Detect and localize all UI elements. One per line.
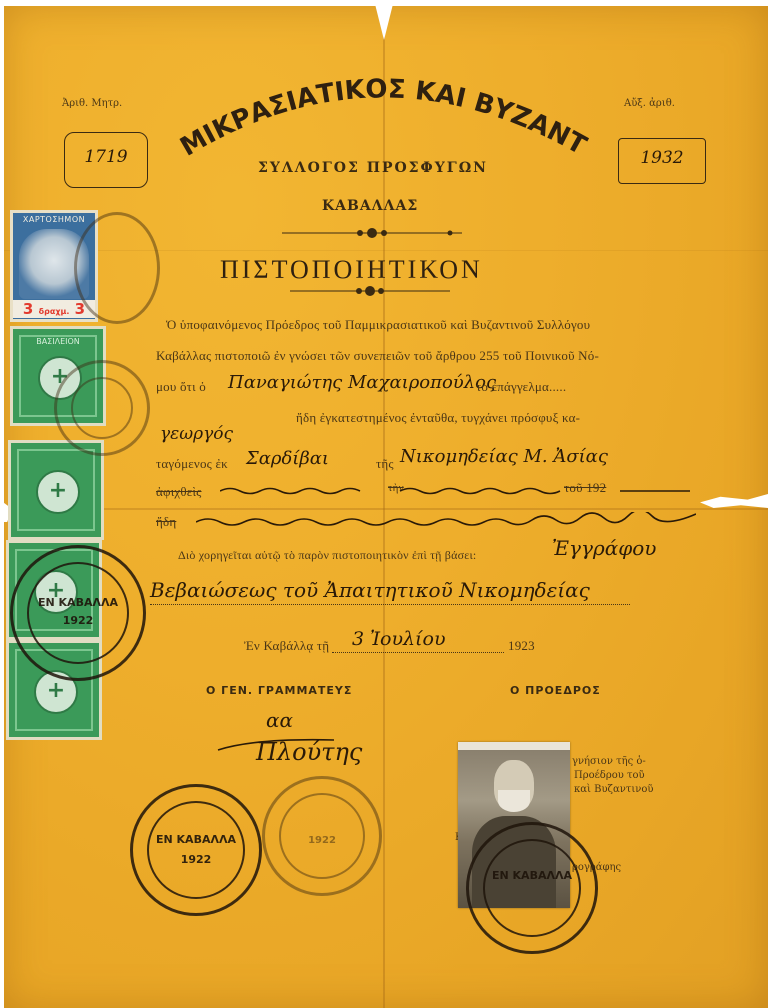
body-line-5-mid: τῆς: [376, 456, 394, 472]
handwritten-name: Παναγιώτης Μαχαιροπούλος: [228, 372, 496, 393]
association-seal: ΕΝ ΚΑΒΑΛΛΑ 1922: [130, 784, 262, 916]
ornament-divider-icon: [290, 284, 450, 298]
stamp-header: ΒΑΣΙΛΕΙΟΝ: [13, 337, 103, 346]
struck-word-arrived: ἀφιχθεὶς: [156, 484, 202, 500]
registry-number-cartouche: 1719: [64, 132, 148, 188]
registry-number: 1719: [65, 147, 147, 167]
body-line-1: Ὁ ὑποφαινόμενος Πρόεδρος τοῦ Παμμικρασια…: [166, 317, 590, 333]
city-name: ΚΑΒΑΛΛΑΣ: [322, 198, 418, 214]
photo-note-line-1: γνήσιον τῆς ὁ-: [572, 756, 646, 767]
faint-seal: [54, 360, 150, 456]
seal-year: 1922: [13, 614, 143, 627]
body-line-5-prefix: ταγόμενος ἐκ: [156, 456, 228, 472]
registry-number-label: Ἀριθ. Μητρ.: [62, 98, 122, 109]
handwritten-occupation: γεωργός: [160, 424, 233, 444]
association-subtitle: ΣΥΛΛΟΓΟΣ ΠΡΟΣΦΥΓΩΝ: [258, 160, 488, 176]
handwritten-origin-town: Σαρδίβαι: [246, 448, 329, 469]
secretary-title: Ο ΓΕΝ. ΓΡΑΜΜΑΤΕΥΣ: [206, 684, 352, 697]
serial-number-cartouche: 1932: [618, 138, 706, 184]
body-line-3-prefix: μου ὅτι ὁ: [156, 379, 206, 395]
ornament-divider-icon: [282, 226, 462, 240]
photo-note-line-3: καὶ Βυζαντινοῦ: [574, 784, 653, 795]
body-line-3-suffix: τὸ ἐπάγγελμα.....: [476, 379, 566, 395]
handwritten-date: 3 Ἰουλίου: [352, 628, 446, 650]
certificate-title: ΠΙΣΤΟΠΟΙΗΤΙΚΟΝ: [220, 255, 483, 285]
arched-title-text: ΠΑΜΜΙΚΡΑΣΙΑΤΙΚΟΣ ΚΑΙ ΒΥΖΑΝΤΙΝΟΣ: [150, 60, 591, 163]
fill-line: [150, 604, 630, 605]
date-prefix: Ἐν Καβάλλᾳ τῇ: [244, 638, 329, 654]
stamp-header: ΧΑΡΤΟΣΗΜΟΝ: [13, 215, 95, 224]
svg-text:ΠΑΜΜΙΚΡΑΣΙΑΤΙΚΟΣ ΚΑΙ ΒΥΖΑΝΤΙΝΟ: ΠΑΜΜΙΚΡΑΣΙΑΤΙΚΟΣ ΚΑΙ ΒΥΖΑΝΤΙΝΟΣ: [150, 60, 591, 163]
faint-seal: [74, 212, 160, 324]
date-year: 1923: [508, 638, 535, 654]
horizontal-fold: [4, 508, 768, 510]
seal-location: ΕΝ ΚΑΒΑΛΛΑ: [469, 869, 595, 882]
secretary-signature-initials: αα: [266, 708, 293, 732]
association-seal: ΕΝ ΚΑΒΑΛΛΑ: [466, 822, 598, 954]
handwritten-document-basis: Ἐγγράφου: [552, 536, 656, 560]
faint-seal: 1922: [262, 776, 382, 896]
signature-flourish: [216, 736, 336, 756]
serial-number: 1932: [619, 148, 705, 168]
photo-note-line-2: Προέδρου τοῦ: [574, 770, 645, 781]
association-seal: ΕΝ ΚΑΒΑΛΛΑ 1922: [10, 545, 146, 681]
body-line-4: ἤδη ἐγκατεστημένος ἐνταῦθα, τυγχάνει πρό…: [296, 410, 580, 426]
president-title: Ο ΠΡΟΕΔΡΟΣ: [510, 684, 601, 697]
seal-location: ΕΝ ΚΑΒΑΛΛΑ: [13, 596, 143, 609]
seal-year: 1922: [265, 835, 379, 846]
seal-location: ΕΝ ΚΑΒΑΛΛΑ: [133, 833, 259, 846]
top-tear: [374, 0, 394, 40]
handwritten-origin-region: Νικομηδείας Μ. Ἀσίας: [400, 446, 608, 467]
body-line-8: Διὸ χορηγεῖται αὐτῷ τὸ παρὸν πιστοποιητι…: [178, 548, 476, 563]
strike-through-wave: [220, 484, 690, 498]
struck-word-already: ἤδη: [156, 514, 176, 530]
seal-year: 1922: [133, 853, 259, 866]
handwritten-document-basis-cont: Βεβαιώσεως τοῦ Ἀπαιτητικοῦ Νικομηδείας: [150, 578, 590, 602]
cross-emblem-icon: [36, 470, 80, 514]
arched-association-title: ΠΑΜΜΙΚΡΑΣΙΑΤΙΚΟΣ ΚΑΙ ΒΥΖΑΝΤΙΝΟΣ: [150, 60, 620, 200]
revenue-stamp-green: [8, 440, 104, 540]
serial-number-label: Αὔξ. ἀριθ.: [624, 98, 675, 109]
body-line-2: Καβάλλας πιστοποιῶ ἐν γνώσει τῶν συνεπει…: [156, 348, 599, 364]
strike-through-wave: [196, 512, 696, 528]
date-fill-line: [332, 652, 504, 653]
